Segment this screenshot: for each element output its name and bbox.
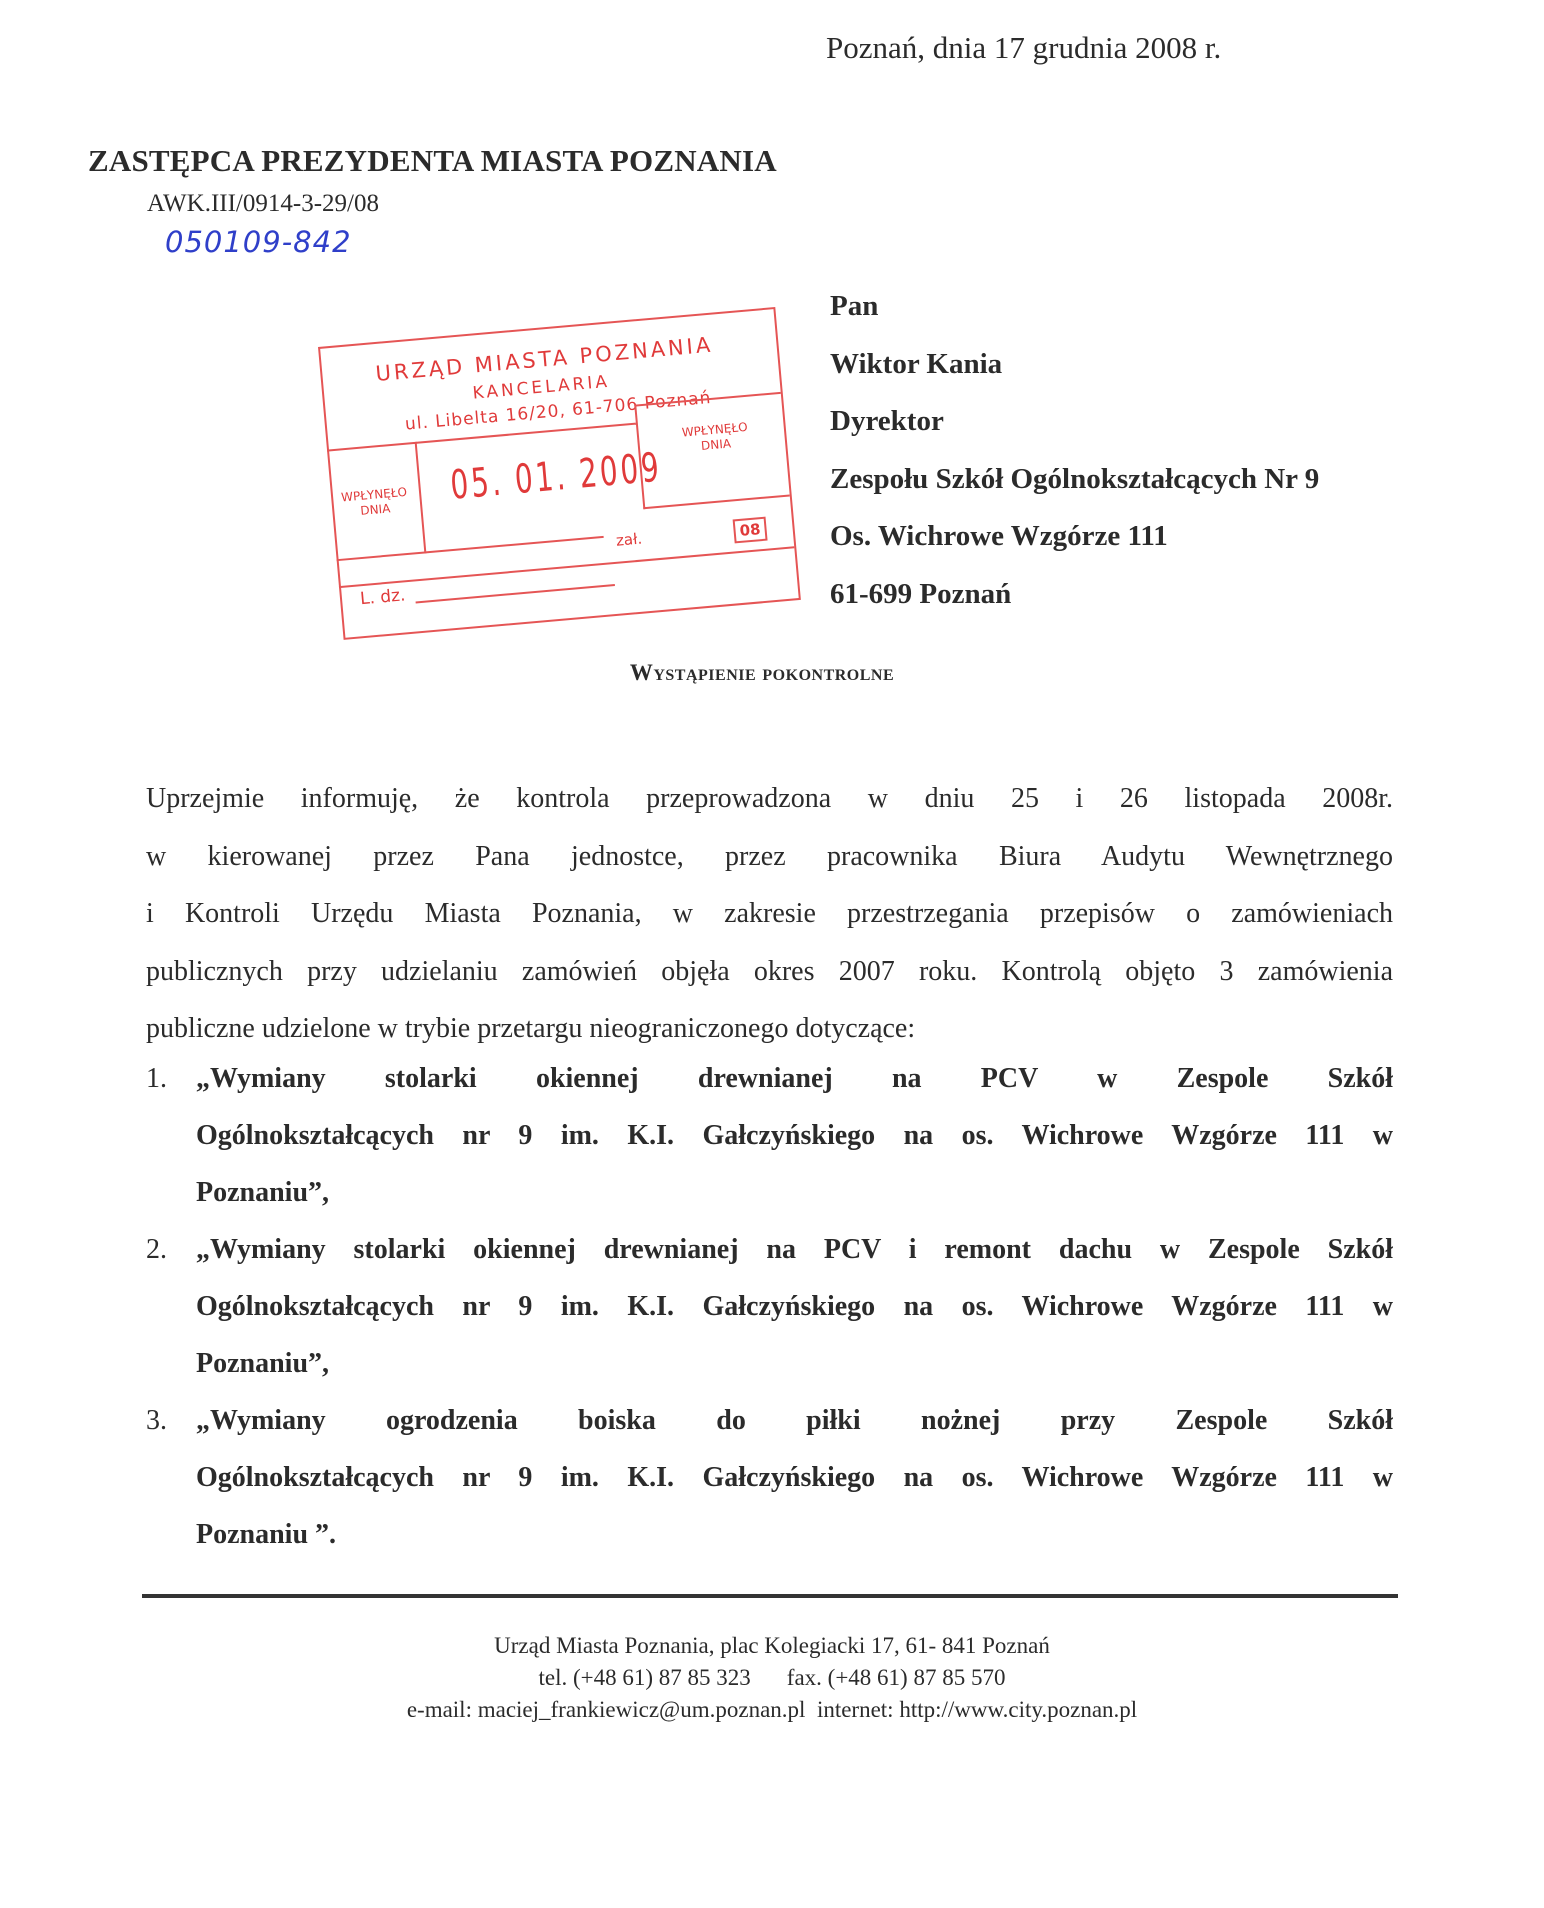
list-item: 3. „Wymiany ogrodzenia boiska do piłki n… <box>146 1392 1393 1563</box>
list-item-text: „Wymiany stolarki okiennej drewnianej na… <box>196 1221 1393 1392</box>
recipient-line: Pan <box>830 278 1319 336</box>
list-item-number: 2. <box>146 1221 167 1278</box>
list-item-number: 3. <box>146 1392 167 1449</box>
footer-website[interactable]: internet: http://www.city.poznan.pl <box>817 1697 1137 1722</box>
footer-email[interactable]: e-mail: maciej_frankiewicz@um.poznan.pl <box>407 1697 806 1722</box>
reference-number: AWK.III/0914-3-29/08 <box>147 190 379 218</box>
recipient-line: Os. Wichrowe Wzgórze 111 <box>830 508 1319 566</box>
list-item-text: „Wymiany stolarki okiennej drewnianej na… <box>196 1050 1393 1221</box>
footer-online: e-mail: maciej_frankiewicz@um.poznan.pl … <box>0 1694 1544 1726</box>
list-item-text: „Wymiany ogrodzenia boiska do piłki nożn… <box>196 1392 1393 1563</box>
footer-contact: Urząd Miasta Poznania, plac Kolegiacki 1… <box>0 1630 1544 1726</box>
footer-fax: fax. (+48 61) 87 85 570 <box>787 1665 1006 1690</box>
paragraph-line: i Kontroli Urzędu Miasta Poznania, w zak… <box>146 885 1393 943</box>
letter-date: Poznań, dnia 17 grudnia 2008 r. <box>826 30 1221 66</box>
footer-tel: tel. (+48 61) 87 85 323 <box>539 1665 751 1690</box>
stamp-attachments-label: zał. <box>615 530 643 550</box>
list-item: 1. „Wymiany stolarki okiennej drewnianej… <box>146 1050 1393 1221</box>
list-item-number: 1. <box>146 1050 167 1107</box>
list-item: 2. „Wymiany stolarki okiennej drewnianej… <box>146 1221 1393 1392</box>
recipient-line: 61-699 Poznań <box>830 566 1319 624</box>
recipient-line: Wiktor Kania <box>830 336 1319 394</box>
footer-divider <box>142 1594 1398 1598</box>
recipient-line: Dyrektor <box>830 393 1319 451</box>
paragraph-line: w kierowanej przez Pana jednostce, przez… <box>146 828 1393 886</box>
contracts-list: 1. „Wymiany stolarki okiennej drewnianej… <box>146 1050 1393 1563</box>
document-title: Wystąpienie pokontrolne <box>0 660 1544 686</box>
handwritten-registry-number: 050109-842 <box>165 225 352 259</box>
received-stamp: URZĄD MIASTA POZNANIA KANCELARIA ul. Lib… <box>318 307 803 656</box>
stamp-ldz-label: L. dz. <box>359 585 406 609</box>
recipient-address: Pan Wiktor Kania Dyrektor Zespołu Szkół … <box>830 278 1319 623</box>
stamp-received-left: WPŁYNĘŁO DNIA <box>341 485 409 521</box>
recipient-line: Zespołu Szkół Ogólnokształcących Nr 9 <box>830 451 1319 509</box>
sender-title: ZASTĘPCA PREZYDENTA MIASTA POZNANIA <box>88 143 777 179</box>
footer-address: Urząd Miasta Poznania, plac Kolegiacki 1… <box>0 1630 1544 1662</box>
stamp-office-box: 08 <box>733 517 768 544</box>
paragraph-line: publiczne udzielone w trybie przetargu n… <box>146 1000 1393 1058</box>
stamp-received-right: WPŁYNĘŁO DNIA <box>681 420 749 456</box>
paragraph-line: Uprzejmie informuję, że kontrola przepro… <box>146 770 1393 828</box>
paragraph-line: publicznych przy udzielaniu zamówień obj… <box>146 943 1393 1001</box>
footer-phone-fax: tel. (+48 61) 87 85 323fax. (+48 61) 87 … <box>0 1662 1544 1694</box>
intro-paragraph: Uprzejmie informuję, że kontrola przepro… <box>146 770 1393 1058</box>
